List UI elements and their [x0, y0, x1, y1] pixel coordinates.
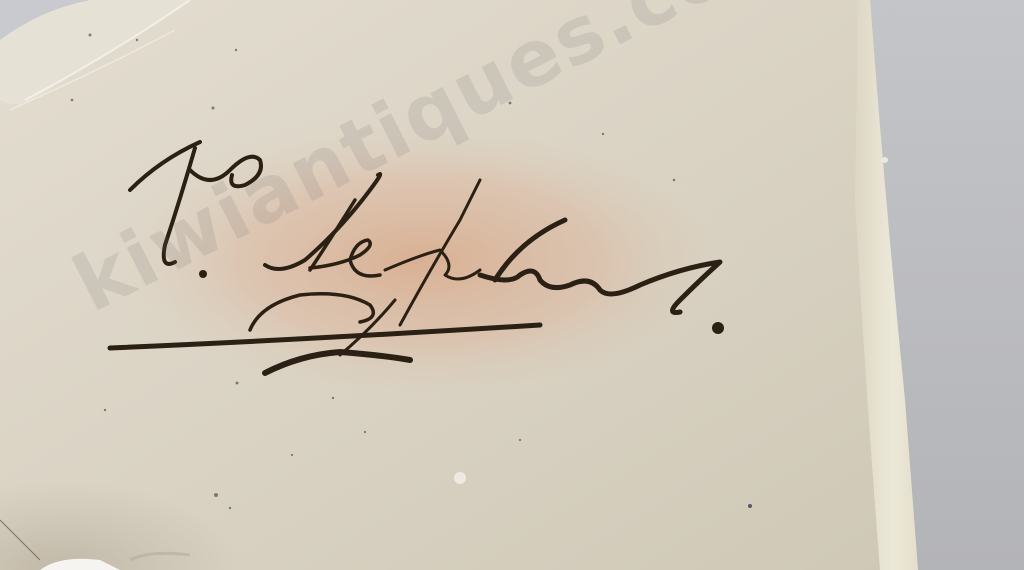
ceramic-surface — [0, 0, 1024, 570]
photo-scene: kiwiantiques.co.nz R. Stephens. — [0, 0, 1024, 570]
